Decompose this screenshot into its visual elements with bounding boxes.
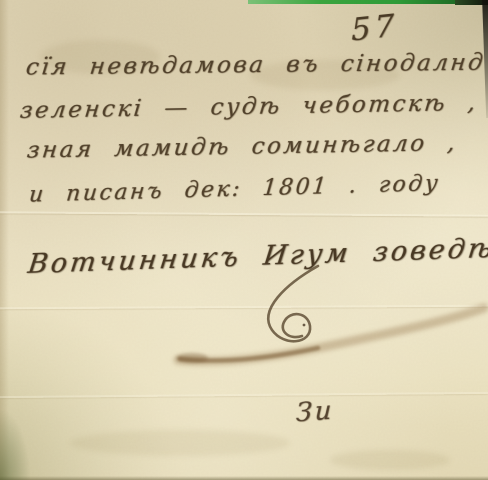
manuscript-scan: 57 сїя невѣдамова въ сінодалнд — зеленск… (0, 0, 488, 480)
bottom-ink-mark: Зи (296, 396, 335, 429)
paper-fold-line (0, 305, 488, 310)
page-number: 57 (351, 7, 399, 48)
paper-edge-shadow-left (0, 0, 9, 480)
signature-flourish-icon (200, 262, 370, 357)
paper-stain (330, 450, 450, 470)
manuscript-text-line: сїя невѣдамова въ сінодалнд — (25, 49, 488, 80)
paper-fold-line (0, 392, 488, 398)
paper-fold-line (0, 211, 488, 216)
paper-edge-shadow-bottom (0, 476, 488, 480)
ink-smudge (150, 290, 488, 380)
scanner-strip-green (248, 0, 456, 4)
dark-corner-bottom-left (0, 410, 30, 480)
signature-line: Вотчинникъ Игум зоведѣ . (26, 231, 488, 280)
manuscript-text-line: и писанъ дек: 1801 . году (28, 171, 441, 208)
paper-stain (70, 430, 290, 456)
manuscript-text-line: зная мамидѣ соминѣгало , (26, 130, 459, 164)
manuscript-text-line: зеленскі — судѣ чеботскѣ , писана (19, 88, 488, 124)
